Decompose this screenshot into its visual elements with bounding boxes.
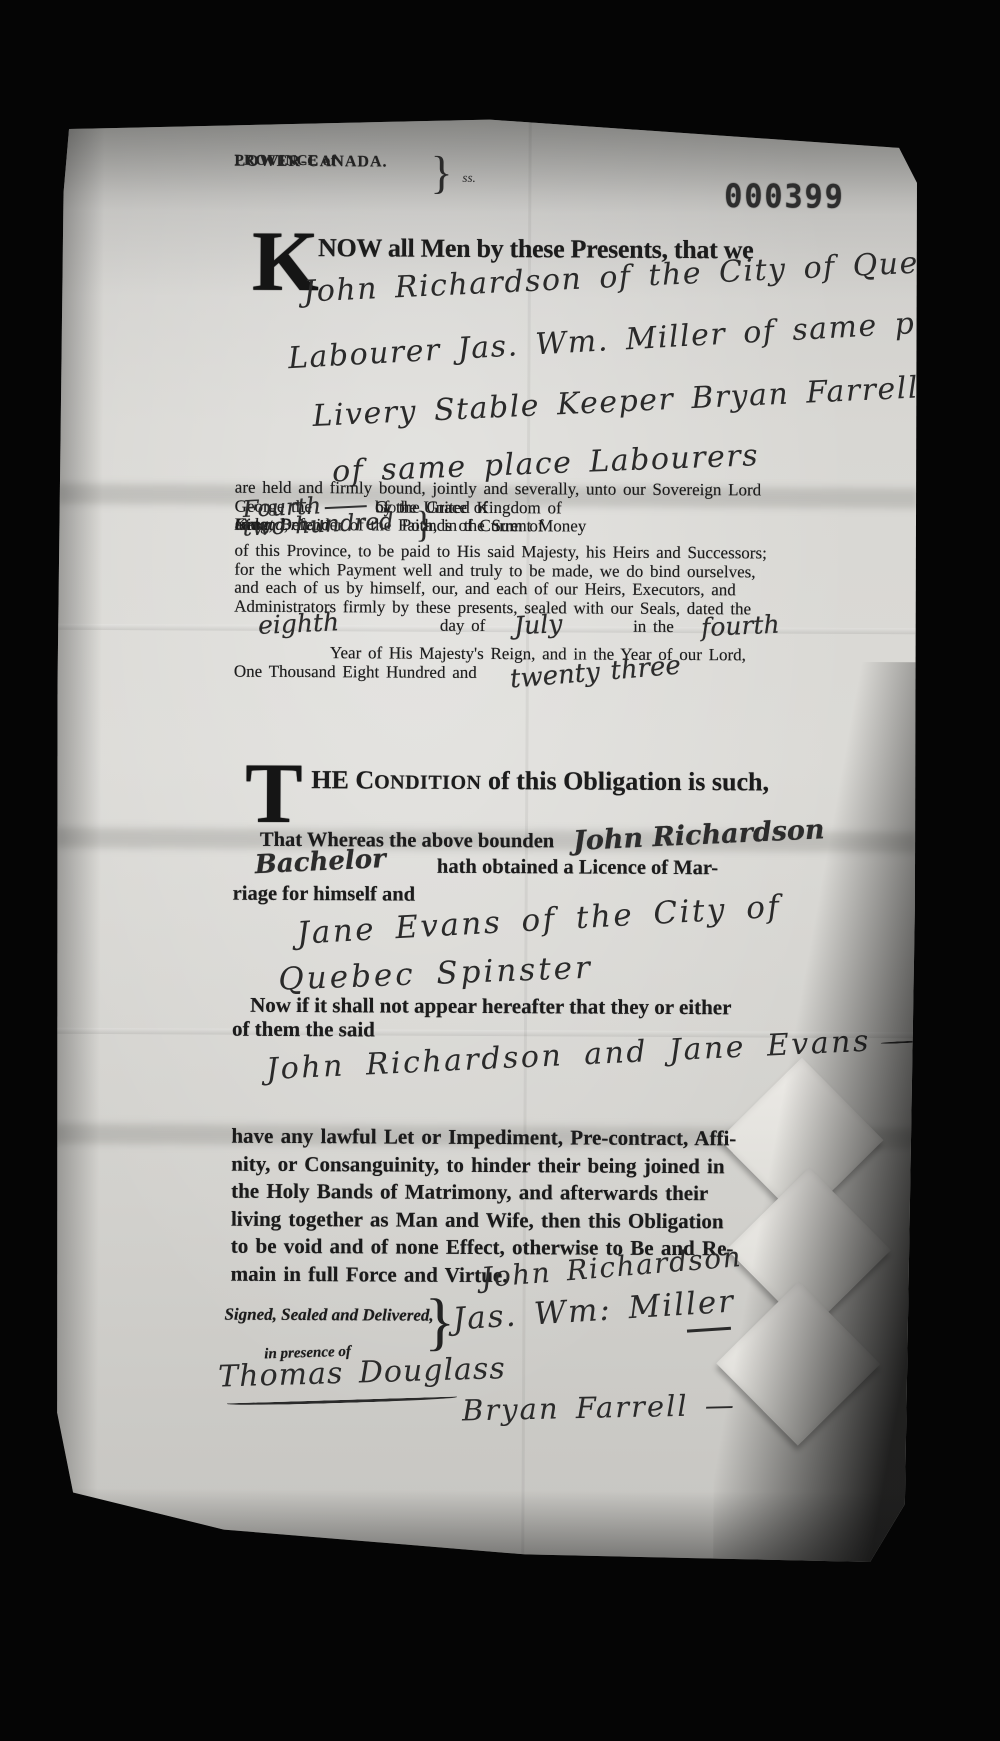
whereas-line: Bachelor hath obtained a Licence of Mar- (247, 855, 718, 880)
handwritten-party-line: Labourer Jas. Wm. Miller of same place (287, 302, 984, 376)
bond-line-date: eighth day of July in the fourth (234, 616, 794, 647)
bond-paragraph: are held and firmly bound, jointly and s… (234, 479, 795, 695)
whereas-line: riage for himself and (233, 883, 416, 907)
printed-text: C (355, 765, 374, 794)
attestation-label: Signed, Sealed and Delivered, (224, 1305, 433, 1326)
printed-text: ONDITION (374, 771, 481, 794)
printed-text: HE (311, 765, 349, 794)
proviso-line: of them the said (232, 1017, 375, 1043)
handwritten-status-fill: Bachelor (255, 854, 386, 870)
document-scan-stage: PROVINCE of LOWER-CANADA. } ss. 000399 K… (0, 0, 1000, 1741)
attestation-brace-glyph: } (424, 1290, 455, 1354)
sum-fill-group: two hundred } (235, 515, 402, 535)
handwritten-bride-line: Quebec Spinster (278, 950, 594, 998)
printed-text: hath obtained a Licence of Mar- (437, 856, 718, 879)
farrell-signature: Bryan Farrell — (462, 1388, 736, 1428)
handwritten-year-fill: twenty three (509, 660, 680, 684)
serial-number-stamp: 000399 (724, 178, 845, 216)
printed-text: One Thousand Eight Hundred and (234, 661, 477, 681)
bond-document-page: PROVINCE of LOWER-CANADA. } ss. 000399 K… (51, 106, 921, 1562)
header-brace-glyph: } (430, 146, 452, 199)
bond-line-year: One Thousand Eight Hundred and twenty th… (234, 662, 794, 695)
handwritten-regnal-year-fill: fourth (700, 619, 779, 633)
witness-signature: Thomas Douglass (218, 1351, 506, 1395)
scan-shading-bottom (51, 1488, 913, 1563)
condition-heading: HE CONDITION of this Obligation is such, (311, 765, 769, 797)
scan-shading-right (713, 661, 918, 1562)
scan-shading-left (51, 106, 105, 1558)
printed-text: Pounds of Current Money (402, 517, 587, 536)
handwritten-month-fill: July (514, 619, 563, 631)
handwritten-party-line: Livery Stable Keeper Bryan Farrell (312, 370, 920, 434)
dropcap-t: T (245, 757, 303, 829)
printed-text: of the United Kingdom of (375, 498, 562, 517)
printed-text: day of (440, 616, 486, 635)
scilicet-abbreviation: ss. (462, 170, 475, 186)
region-label: LOWER-CANADA. (234, 153, 387, 172)
handwritten-sum-fill: two hundred (242, 517, 393, 534)
printed-text: in the (633, 617, 674, 636)
handwritten-day-fill: eighth (258, 617, 339, 631)
